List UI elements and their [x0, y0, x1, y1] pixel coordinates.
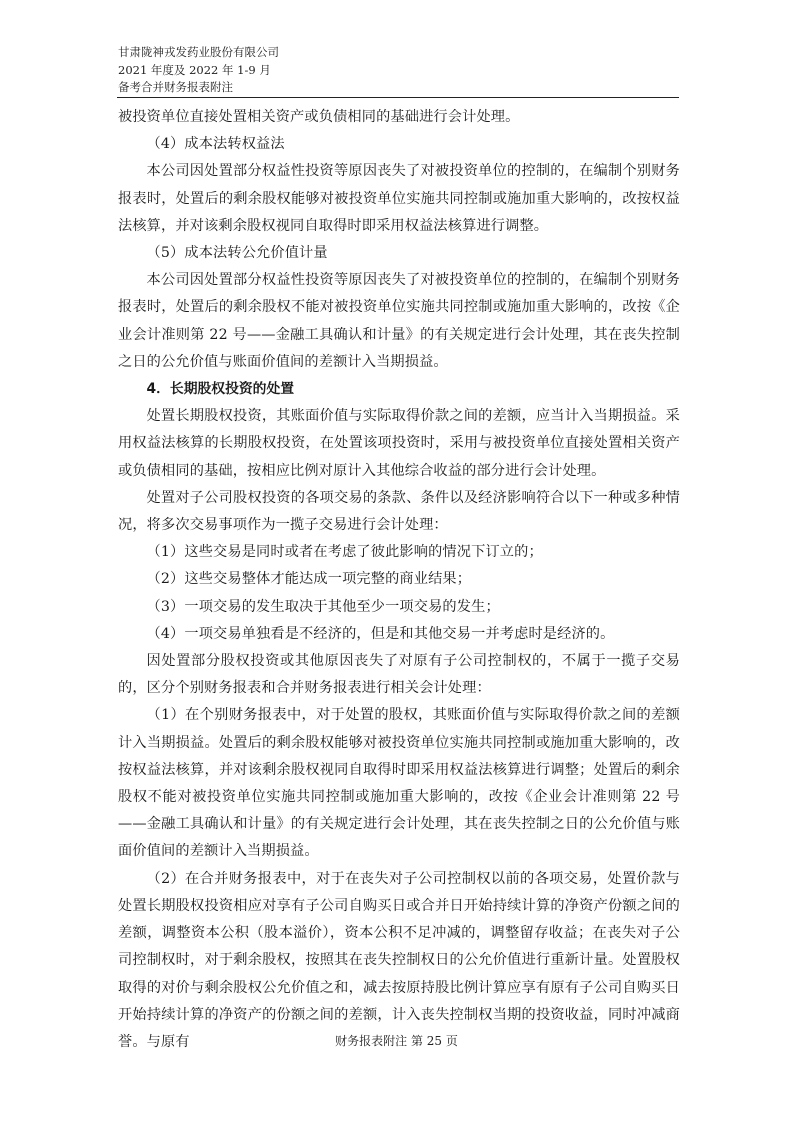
paragraph-cost-to-equity: 本公司因处置部分权益性投资等原因丧失了对被投资单位的控制的，在编制个别财务报表时… [118, 158, 680, 240]
report-period: 2021 年度及 2022 年 1-9 月 [118, 62, 678, 80]
subsection-heading-4: （4）成本法转权益法 [118, 131, 680, 158]
subsection-heading-5: （5）成本法转公允价值计量 [118, 240, 680, 267]
section-heading: 4．长期股权投资的处置 [118, 376, 680, 403]
list-item: （2）这些交易整体才能达成一项完整的商业结果； [118, 566, 680, 593]
paragraph-individual-statements: （1）在个别财务报表中，对于处置的股权，其账面价值与实际取得价款之间的差额计入当… [118, 702, 680, 865]
paragraph-package-deal: 处置对子公司股权投资的各项交易的条款、条件以及经济影响符合以下一种或多种情况，将… [118, 485, 680, 539]
list-item: （1）这些交易是同时或者在考虑了彼此影响的情况下订立的； [118, 539, 680, 566]
paragraph-disposal: 处置长期股权投资，其账面价值与实际取得价款之间的差额，应当计入当期损益。采用权益… [118, 403, 680, 485]
header-divider [117, 97, 679, 98]
paragraph-continuation: 被投资单位直接处置相关资产或负债相同的基础进行会计处理。 [118, 104, 680, 131]
page-footer: 财务报表附注 第 25 页 [0, 1032, 793, 1049]
document-title: 备考合并财务报表附注 [118, 79, 678, 97]
page-header: 甘肃陇神戎发药业股份有限公司 2021 年度及 2022 年 1-9 月 备考合… [118, 44, 678, 97]
list-item: （4）一项交易单独看是不经济的，但是和其他交易一并考虑时是经济的。 [118, 621, 680, 648]
list-item: （3）一项交易的发生取决于其他至少一项交易的发生； [118, 594, 680, 621]
paragraph-loss-of-control: 因处置部分股权投资或其他原因丧失了对原有子公司控制权的，不属于一揽子交易的，区分… [118, 648, 680, 702]
paragraph-cost-to-fair-value: 本公司因处置部分权益性投资等原因丧失了对被投资单位的控制的，在编制个别财务报表时… [118, 267, 680, 376]
paragraph-consolidated-statements: （2）在合并财务报表中，对于在丧失对子公司控制权以前的各项交易，处置价款与处置长… [118, 866, 680, 1056]
document-body: 被投资单位直接处置相关资产或负债相同的基础进行会计处理。 （4）成本法转权益法 … [118, 104, 680, 1056]
company-name: 甘肃陇神戎发药业股份有限公司 [118, 44, 678, 62]
